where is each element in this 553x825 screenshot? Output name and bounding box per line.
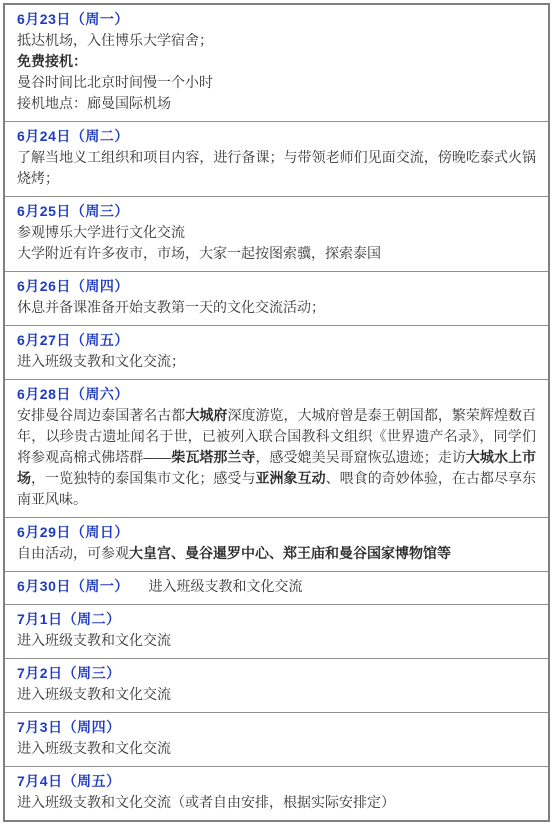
date-line: 6月26日（周四） [17,276,536,297]
activity-line: 参观博乐大学进行文化交流 [17,222,536,243]
date-line: 6月27日（周五） [17,330,536,351]
activity-segment: 自由活动，可参观 [17,545,129,561]
activity-line: 进入班级支教和文化交流 [17,684,536,705]
date-heading: 7月1日（周二） [17,611,121,627]
date-heading: 7月3日（周四） [17,719,121,735]
date-heading: 7月2日（周三） [17,665,121,681]
schedule-row: 6月28日（周六）安排曼谷周边泰国著名古都大城府深度游览，大城府曾是泰王朝国都，… [5,380,548,518]
activity-segment: 大皇宫、曼谷暹罗中心、郑王庙和曼谷国家博物馆等 [129,545,451,561]
date-heading: 6月25日（周三） [17,203,129,219]
activity-line: 接机地点：廊曼国际机场 [17,93,536,114]
schedule-row: 6月25日（周三）参观博乐大学进行文化交流大学附近有许多夜市，市场，大家一起按图… [5,197,548,272]
date-heading: 6月30日（周一） [17,578,129,594]
activity-segment: 进入班级支教和文化交流 [17,632,171,648]
date-heading: 7月4日（周五） [17,773,121,789]
itinerary-document: 6月23日（周一）抵达机场，入住博乐大学宿舍；免费接机：曼谷时间比北京时间慢一个… [0,0,553,825]
date-heading: 6月24日（周二） [17,128,129,144]
activity-segment: 参观博乐大学进行文化交流 [17,224,185,240]
schedule-row: 6月26日（周四）休息并备课准备开始支教第一天的文化交流活动； [5,272,548,326]
activity-line: 进入班级支教和文化交流 [17,738,536,759]
activity-line: 休息并备课准备开始支教第一天的文化交流活动； [17,297,536,318]
date-line: 6月24日（周二） [17,126,536,147]
activity-segment: 休息并备课准备开始支教第一天的文化交流活动； [17,299,325,315]
activity-segment: 亚洲象互动 [255,470,325,486]
activity-segment: 免费接机： [17,53,87,69]
activity-line: 进入班级支教和文化交流； [17,351,536,372]
activity-segment: ，一览独特的泰国集市文化；感受与 [31,470,255,486]
schedule-row: 7月1日（周二）进入班级支教和文化交流 [5,605,548,659]
schedule-row: 6月23日（周一）抵达机场，入住博乐大学宿舍；免费接机：曼谷时间比北京时间慢一个… [5,5,548,122]
activity-line: 曼谷时间比北京时间慢一个小时 [17,72,536,93]
activity-segment: 进入班级支教和文化交流； [17,353,185,369]
schedule-row: 6月30日（周一）进入班级支教和文化交流 [5,572,548,605]
date-line: 6月29日（周日） [17,522,536,543]
activity-segment: 大学附近有许多夜市，市场，大家一起按图索骥，探索泰国 [17,245,381,261]
date-line: 6月25日（周三） [17,201,536,222]
date-line: 6月28日（周六） [17,384,536,405]
activity-line: 免费接机： [17,51,536,72]
activity-line: 进入班级支教和文化交流 [17,630,536,651]
date-heading: 6月27日（周五） [17,332,129,348]
date-line: 6月30日（周一）进入班级支教和文化交流 [17,576,536,597]
activity-line: 了解当地义工组织和项目内容，进行备课；与带领老师们见面交流，傍晚吃泰式火锅烧烤； [17,147,536,189]
schedule-row: 6月29日（周日）自由活动，可参观大皇宫、曼谷暹罗中心、郑王庙和曼谷国家博物馆等 [5,518,548,572]
activity-segment: 接机地点：廊曼国际机场 [17,95,171,111]
date-line: 7月4日（周五） [17,771,536,792]
date-line: 7月3日（周四） [17,717,536,738]
schedule-row: 6月27日（周五）进入班级支教和文化交流； [5,326,548,380]
schedule-row: 7月3日（周四）进入班级支教和文化交流 [5,713,548,767]
date-line: 6月23日（周一） [17,9,536,30]
schedule-row: 7月4日（周五）进入班级支教和文化交流（或者自由安排，根据实际安排定） [5,767,548,820]
activity-segment: 柴瓦塔那兰寺 [171,449,255,465]
activity-segment: 安排曼谷周边泰国著名古都 [17,407,185,423]
schedule-row: 7月2日（周三）进入班级支教和文化交流 [5,659,548,713]
activity-segment: 进入班级支教和文化交流 [17,740,171,756]
activity-segment: ，感受媲美吴哥窟恢弘遗迹；走访 [255,449,465,465]
date-heading: 6月23日（周一） [17,11,129,27]
activity-line: 安排曼谷周边泰国著名古都大城府深度游览，大城府曾是泰王朝国都，繁荣辉煌数百年，以… [17,405,536,510]
date-line: 7月2日（周三） [17,663,536,684]
activity-line: 大学附近有许多夜市，市场，大家一起按图索骥，探索泰国 [17,243,536,264]
activity-segment: 进入班级支教和文化交流 [17,686,171,702]
date-heading: 6月29日（周日） [17,524,129,540]
schedule-table: 6月23日（周一）抵达机场，入住博乐大学宿舍；免费接机：曼谷时间比北京时间慢一个… [3,3,550,822]
activity-segment: 曼谷时间比北京时间慢一个小时 [17,74,213,90]
activity-line: 进入班级支教和文化交流（或者自由安排，根据实际安排定） [17,792,536,813]
schedule-row: 6月24日（周二）了解当地义工组织和项目内容，进行备课；与带领老师们见面交流，傍… [5,122,548,197]
activity-segment: 了解当地义工组织和项目内容，进行备课；与带领老师们见面交流，傍晚吃泰式火锅烧烤； [17,149,536,186]
date-line: 7月1日（周二） [17,609,536,630]
activity-line: 进入班级支教和文化交流 [148,578,302,594]
activity-segment: 大城府 [185,407,227,423]
activity-segment: 进入班级支教和文化交流 [148,578,302,594]
activity-segment: 抵达机场，入住博乐大学宿舍； [17,32,213,48]
activity-segment: 进入班级支教和文化交流（或者自由安排，根据实际安排定） [17,794,395,810]
date-heading: 6月26日（周四） [17,278,129,294]
activity-line: 抵达机场，入住博乐大学宿舍； [17,30,536,51]
activity-line: 自由活动，可参观大皇宫、曼谷暹罗中心、郑王庙和曼谷国家博物馆等 [17,543,536,564]
date-heading: 6月28日（周六） [17,386,129,402]
